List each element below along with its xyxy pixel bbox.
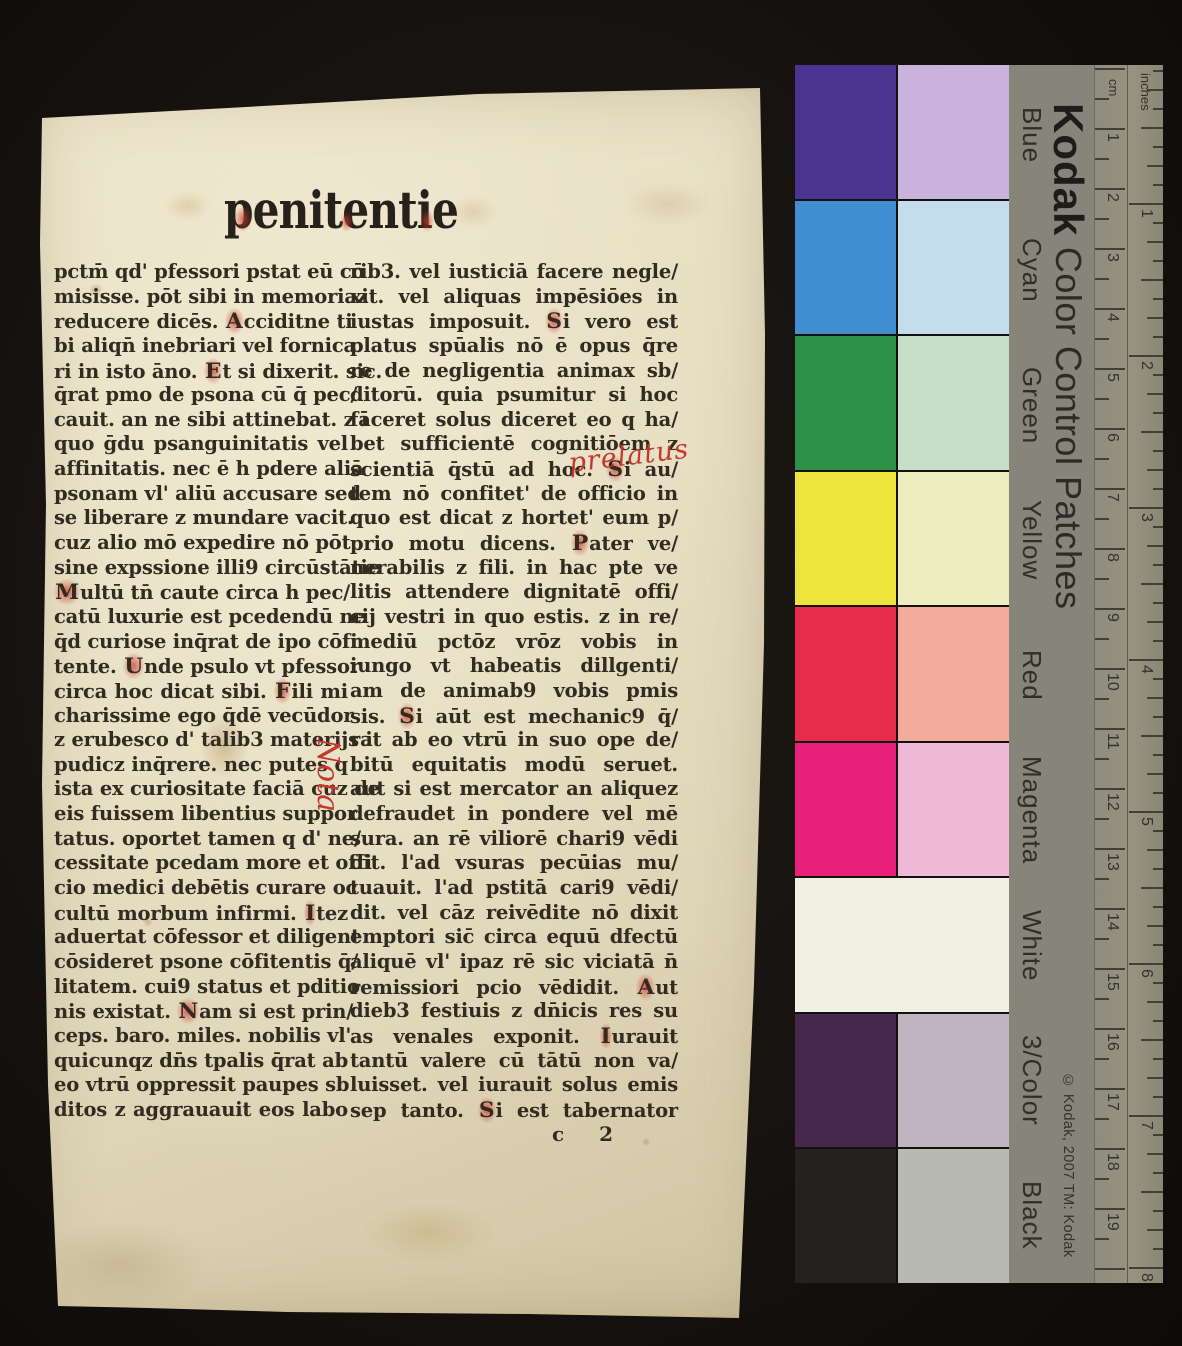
ruler-tick [1095,638,1109,640]
ruler-tick [1095,488,1125,490]
ruler-tick [1095,1268,1125,1270]
text-line: tantū valere cū tātū non va/ [350,1049,678,1074]
rubricated-initial: S [545,308,563,334]
ruler-tick [1147,1077,1163,1079]
ruler-tick [1095,758,1109,760]
text-line: litatem. cui9 status et pditio [54,975,348,1000]
ruler-tick [1153,298,1163,300]
ruler-tick [1095,1238,1109,1240]
ruler-tick [1147,1153,1163,1155]
text-line: emptori sic̄ circa equū dfectū [350,925,678,950]
rubricated-initial: S [398,703,416,729]
text-line: faceret solus diceret eo q ha/ [350,408,678,433]
ruler-tick [1153,640,1163,642]
ruler-number: 11 [1103,733,1121,750]
ruler-tick [1095,458,1109,460]
ruler-tick [1141,583,1163,585]
patch-yellow [795,472,896,606]
text-line: re de negligentia animax sb/ [350,359,678,384]
text-line: iustas imposuit. Si vero est [350,309,678,334]
ruler-tick [1153,906,1163,908]
text-line: mediū pctōz vrōz vobis in [350,630,678,655]
rubricated-initial: I [600,1023,612,1049]
ruler-tick [1095,1178,1109,1180]
text-line: aduertat cōfessor et diligent [54,925,348,950]
rubricated-initial: F [274,678,291,704]
ruler-tick [1095,308,1125,310]
text-line: dit. vel cāz reivēdite nō dixit [350,901,678,926]
ruler-tick [1095,578,1109,580]
text-column-right: rib3. vel iusticiā facere negle/xit. vel… [350,260,678,1122]
rubrication-mark [234,206,252,232]
patch-label-text: Green [1016,367,1047,444]
ruler-number: 13 [1103,853,1121,871]
patch-label-white: White [1009,878,1053,1013]
ruler-tick [1147,621,1163,623]
patch-green-light [898,336,1009,470]
ruler-tick [1153,1248,1163,1250]
ruler-tick [1129,963,1163,965]
ruler-tick [1147,697,1163,699]
ruler-tick [1141,1191,1163,1193]
text-line: charissime ego q̄dē vecūdor [54,704,348,729]
text-line: eo vtrū oppressit paupes sb [54,1073,348,1098]
text-line: as venales exponit. Iurauit [350,1024,678,1049]
ruler-tick [1153,336,1163,338]
patch-blue-light [898,65,1009,199]
ruler-tick [1095,98,1109,100]
photo-background: penitentie pctm̄ qd' pfessori pstat eū c… [0,0,1182,1346]
text-line: nis existat. Nam si est prin/ [54,999,348,1024]
ruler-number: 12 [1103,793,1121,811]
patch-cyan [795,201,896,335]
ruler-tick [1147,469,1163,471]
ruler-tick [1095,188,1125,190]
ruler-number: 17 [1103,1093,1121,1111]
ruler-tick [1095,1208,1125,1210]
ruler-tick [1095,968,1125,970]
ruler-tick [1095,368,1125,370]
ruler-tick [1095,518,1109,520]
text-line: pudicz inq̄rere. nec putes q [54,753,348,778]
ruler-tick [1095,668,1125,670]
patch-3-color [795,1014,896,1148]
ruler-tick [1147,241,1163,243]
ruler-tick [1095,218,1109,220]
ruler-number: 15 [1103,973,1121,991]
manuscript-page: penitentie pctm̄ qd' pfessori pstat eū c… [28,84,770,1322]
ruler-tick [1095,788,1125,790]
ruler-tick [1095,698,1109,700]
patch-black-light [898,1149,1009,1283]
ruler-tick [1153,1096,1163,1098]
ruler-tick [1141,1039,1163,1041]
ruler-number: 8 [1103,553,1121,562]
text-line: dit. l'ad vsuras pecūias mu/ [350,851,678,876]
text-line: quo est dicat z hortet' eum p/ [350,506,678,531]
patch-label-blue: Blue [1009,68,1053,203]
ruler-tick [1153,792,1163,794]
ruler-tick [1147,1229,1163,1231]
rubrication-mark [420,210,434,232]
text-line: xit. vel aliquas impēsiōes in [350,285,678,310]
ruler-tick [1129,811,1163,813]
text-line: Multū tn̄ caute circa h pec/ [54,580,348,605]
ruler-tick [1153,108,1163,110]
ruler-tick [1095,398,1109,400]
ruler-number: 5 [1137,817,1155,826]
ruler-tick [1153,184,1163,186]
text-line: psonam vl' aliū accusare sed [54,482,348,507]
text-line: misisse. pōt sibi in memoriaz [54,285,348,310]
text-line: cuz alio mō expedire nō pōt [54,531,348,556]
ruler-number: 7 [1137,1121,1155,1130]
ruler-tick [1153,1058,1163,1060]
rubricated-initial: N [177,998,199,1024]
rubrication-mark [340,212,353,232]
ruler-tick [1095,158,1109,160]
ruler-tick [1129,1267,1163,1269]
ruler-number: 4 [1103,313,1121,322]
ruler-number: 10 [1103,673,1121,691]
text-line: quicunqz dn̄s tpalis q̄rat ab [54,1049,348,1074]
text-column-left: pctm̄ qd' pfessori pstat eū cōmisisse. p… [54,260,348,1122]
ruler-tick [1095,818,1109,820]
patch-label-yellow: Yellow [1009,473,1053,608]
text-line: quo ḡdu psanguinitatis vel [54,432,348,457]
ruler-tick [1095,938,1109,940]
ruler-tick [1095,68,1125,70]
ruler-tick [1095,1028,1125,1030]
text-line: tente. Unde psulo vt pfessor [54,654,348,679]
ruler-tick [1153,1134,1163,1136]
patch-label-green: Green [1009,338,1053,473]
ruler-number: 3 [1103,253,1121,262]
text-line: eis fuissem libentius suppor [54,802,348,827]
text-line: catū luxurie est pcedendū ne [54,605,348,630]
ruler-tick [1141,279,1163,281]
ruler-tick [1153,982,1163,984]
text-line: ditos z aggrauauit eos labo [54,1098,348,1123]
ruler-tick [1095,248,1125,250]
ruler-tick [1129,507,1163,509]
ruler-number: 2 [1137,361,1155,370]
cm-unit-label: cm [1106,79,1121,96]
signature-mark: c 2 [552,1122,627,1146]
patch-label-text: Red [1016,650,1047,701]
patch-red-light [898,607,1009,741]
ruler-tick [1147,393,1163,395]
text-line: luisset. vel iurauit solus emis [350,1073,678,1098]
ruler-tick [1095,908,1125,910]
ruler-tick [1147,317,1163,319]
text-line: pctm̄ qd' pfessori pstat eū cō [54,260,348,285]
ruler-tick [1095,428,1125,430]
patch-white [795,878,1009,1012]
text-line: aliquē vl' ipaz rē sic viciatā n̄ [350,950,678,975]
patch-label-text: Yellow [1016,500,1047,580]
text-line: tatus. oportet tamen q d' ne/ [54,827,348,852]
ruler-tick [1153,412,1163,414]
ruler-tick [1153,716,1163,718]
text-line: cessitate pcedam more et offi [54,851,348,876]
ruler-tick [1129,659,1163,661]
text-line: cōsideret psone cōfitentis q̄/ [54,950,348,975]
ruler-tick [1129,355,1163,357]
text-line: bitū equitatis modū seruet. [350,753,678,778]
ruler-tick [1153,564,1163,566]
patch-3-color-light [898,1014,1009,1148]
inches-unit-label: inches [1138,73,1153,111]
text-line: bi aliqn̄ inebriari vel fornica [54,334,348,359]
patch-label-text: 3/Color [1016,1035,1047,1126]
text-line: prio motu dicens. Pater ve/ [350,531,678,556]
ruler-tick [1095,608,1125,610]
ruler-tick [1095,338,1109,340]
ruler-tick [1141,431,1163,433]
ruler-number: 6 [1103,433,1121,442]
text-line: dieb3 festiuis z dn̄icis res su [350,999,678,1024]
patch-cyan-light [898,201,1009,335]
rubricated-initial: E [204,358,222,384]
patch-black [795,1149,896,1283]
ruler-tick [1147,1001,1163,1003]
ruler-number: 18 [1103,1153,1121,1171]
text-line: am de animab9 vobis pmis [350,679,678,704]
ruler-number: 8 [1137,1273,1155,1282]
patch-label-text: Black [1016,1181,1047,1250]
patch-label-cyan: Cyan [1009,203,1053,338]
ruler-tick [1095,548,1125,550]
rubricated-initial: A [636,974,655,1000]
text-line: nerabilis z fili. in hac pte ve [350,556,678,581]
label-strip: Kodak Color Control Patches BlueCyanGree… [1009,65,1094,1283]
patch-green [795,336,896,470]
ruler-number: 4 [1137,665,1155,674]
ruler-divider [1127,65,1128,1283]
text-line: circa hoc dicat sibi. Fili mi [54,679,348,704]
ruler-tick [1153,830,1163,832]
patch-label-3-color: 3/Color [1009,1013,1053,1148]
copyright-text: © Kodak, 2007 TM: Kodak [1060,1073,1076,1258]
ruler-tick [1153,450,1163,452]
ruler-tick [1153,374,1163,376]
ruler-tick [1147,773,1163,775]
ruler-tick [1141,127,1163,129]
ruler-tick [1147,925,1163,927]
patch-label-text: Blue [1016,107,1047,163]
ruler-tick [1153,1020,1163,1022]
patch-label-text: White [1016,910,1047,981]
ruler-tick [1095,998,1109,1000]
rubricated-initial: A [225,308,244,334]
text-line: sine expssione illi9 circūstātie [54,556,348,581]
rubricated-initial: I [304,900,316,926]
ruler-tick [1095,1088,1125,1090]
ruler-tick [1095,1148,1125,1150]
ruler-tick [1153,868,1163,870]
text-line: q̄d curiose inq̄rat de ipo cōfi [54,630,348,655]
ruler-tick [1153,602,1163,604]
ruler-number: 2 [1103,193,1121,202]
patch-magenta-light [898,743,1009,877]
patch-label-black: Black [1009,1148,1053,1283]
ruler-tick [1141,735,1163,737]
patch-label-red: Red [1009,608,1053,743]
ruler-tick [1147,165,1163,167]
ruler-tick [1153,754,1163,756]
text-line: aut si est mercator an aliquez [350,777,678,802]
patch-label-magenta: Magenta [1009,743,1053,878]
ruler-tick [1095,1118,1109,1120]
text-line: z erubesco d' talib3 materijs i [54,728,348,753]
ruler-number: 1 [1103,133,1121,142]
text-line: cio medici debētis curare oc [54,876,348,901]
ruler-tick [1153,70,1163,72]
patch-blue [795,65,896,199]
ruler-tick [1147,849,1163,851]
ruler-tick [1095,128,1125,130]
patch-red [795,607,896,741]
color-patches [795,65,1009,1283]
text-line: ditorū. quia psumitur si hoc [350,383,678,408]
text-line: cij vestri in quo estis. z in re/ [350,605,678,630]
patch-label-text: Cyan [1016,238,1047,303]
ruler-number: 16 [1103,1033,1121,1051]
ruler-tick [1153,1172,1163,1174]
text-line: cultū morbum infirmi. Itez [54,901,348,926]
text-line: sura. an rē viliorē chari9 vēdi [350,827,678,852]
text-line: defraudet in pondere vel mē [350,802,678,827]
ruler-number: 19 [1103,1213,1121,1231]
ruler-tick [1153,146,1163,148]
rubricated-initial: U [123,653,144,679]
text-line: sep tanto. Si est tabernator [350,1098,678,1123]
ruler: cm inches 123456789101112131415161718191… [1094,65,1163,1283]
text-line: tem nō confitet' de officio in [350,482,678,507]
ruler-tick [1095,848,1125,850]
ruler-tick [1147,545,1163,547]
ruler-tick [1095,728,1125,730]
ruler-number: 1 [1137,209,1155,218]
text-line: litis attendere dignitatē offi/ [350,580,678,605]
ruler-tick [1095,878,1109,880]
text-line: sis. Si aūt est mechanic9 q̄/ [350,704,678,729]
text-line: ceps. baro. miles. nobilis vl' [54,1024,348,1049]
ruler-tick [1153,488,1163,490]
ruler-number: 14 [1103,913,1121,931]
ruler-tick [1129,1115,1163,1117]
ruler-number: 3 [1137,513,1155,522]
ruler-number: 7 [1103,493,1121,502]
ruler-tick [1153,260,1163,262]
ruler-tick [1095,278,1109,280]
ruler-tick [1141,887,1163,889]
ruler-tick [1147,89,1163,91]
text-line: reducere dicēs. Acciditne ti [54,309,348,334]
patch-magenta [795,743,896,877]
patch-yellow-light [898,472,1009,606]
text-line: ista ex curiositate faciā cuz de [54,777,348,802]
ruler-tick [1153,526,1163,528]
ruler-tick [1129,203,1163,205]
ruler-tick [1153,1210,1163,1212]
text-line: rat ab eo vtrū in suo ope de/ [350,728,678,753]
text-line: cauit. an ne sibi attinebat. z ī [54,408,348,433]
ruler-tick [1153,944,1163,946]
ruler-tick [1095,1058,1109,1060]
rubricated-initial: P [571,530,589,556]
text-line: affinitatis. nec ē h pdere aliā [54,457,348,482]
ruler-number: 6 [1137,969,1155,978]
ruler-tick [1153,678,1163,680]
rubricated-initial: S [478,1097,496,1123]
patch-label-text: Magenta [1016,756,1047,864]
text-line: platus spūalis nō ē opus q̄re [350,334,678,359]
ruler-number: 9 [1103,613,1121,622]
text-line: se liberare z mundare vacit. [54,506,348,531]
text-line: iungo vt habeatis dillgenti/ [350,654,678,679]
rubricated-initial: M [54,579,80,605]
nota-marginalia: Nota [311,685,345,865]
kodak-color-card: Kodak Color Control Patches BlueCyanGree… [795,65,1163,1283]
text-line: q̄rat pmo de psona cū q̄ pec/ [54,383,348,408]
ruler-number: 5 [1103,373,1121,382]
text-line: rib3. vel iusticiā facere negle/ [350,260,678,285]
ruler-tick [1153,222,1163,224]
text-line: remissiori pcio vēdidit. Aut [350,975,678,1000]
text-line: tuauit. l'ad pstitā cari9 vēdi/ [350,876,678,901]
text-line: ri in isto āno. Et si dixerit. sic. [54,359,348,384]
